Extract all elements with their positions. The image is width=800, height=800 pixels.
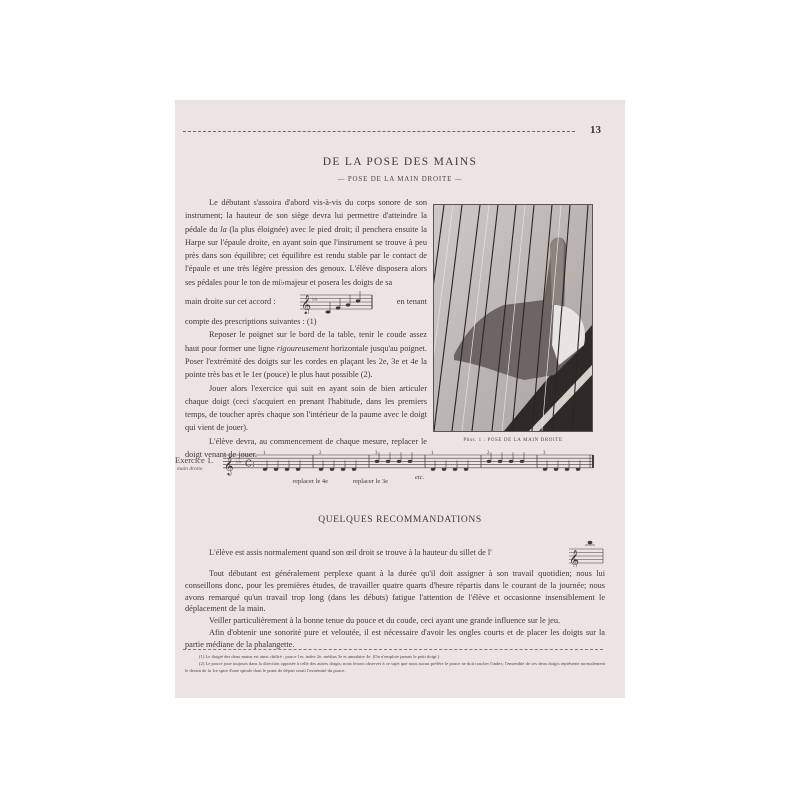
emphasis: rigoureusement [277,344,329,353]
hand-on-harp-icon [434,205,592,431]
paragraph-1-end: compte des prescriptions suivantes : (1) [185,315,427,328]
svg-text:𝄞: 𝄞 [224,456,233,476]
exercise-sublabel: main droite. [177,466,204,472]
recommandation-paragraph-2: Veiller particulièrement à la bonne tenu… [185,615,605,627]
chord-outro-text: en tenant [397,295,427,308]
music-note-staff-icon: 𝄞 [567,539,605,567]
svg-text:♭♭: ♭♭ [312,296,318,303]
paragraph-3: Jouer alors l'exercice qui suit en ayant… [185,382,427,435]
exercise-1-score: Exercice 1. main droite. 𝄞♭♭C:123123 rep… [175,450,625,502]
svg-text:𝄞: 𝄞 [569,550,579,567]
paragraph-1: Le débutant s'assoira d'abord vis-à-vis … [185,196,427,289]
footnote-dashed-rule [183,649,603,650]
page-title: DE LA POSE DES MAINS [175,156,625,168]
annotation-replacer-3: replacer le 3e [353,478,388,486]
document-page: 13 DE LA POSE DES MAINS — POSE DE LA MAI… [175,100,625,698]
header-dashed-rule [183,131,575,132]
svg-text:♭♭: ♭♭ [236,458,242,465]
annotation-replacer-4: replacer le 4e [293,478,328,486]
harp-hand-photo [433,204,593,432]
page-number: 13 [575,124,601,136]
music-staff-icon: 𝄞♭♭C:123123 [221,450,595,480]
sillet-line: L'élève est assis normalement quand son … [185,538,605,568]
text-column-left: Le débutant s'assoira d'abord vis-à-vis … [185,196,427,461]
paragraph-2: Reposer le poignet sur le bord de la tab… [185,328,427,381]
annotation-etc: etc. [415,474,424,482]
exercise-label: Exercice 1. [175,455,213,465]
chord-line: main droite sur cet accord : 𝄞 ♭♭ en ten… [185,289,427,315]
text-body-recommandations: L'élève est assis normalement quand son … [185,538,605,651]
footnote-1: (1) Le doigté des deux mains est ainsi c… [185,653,605,660]
recommandation-paragraph-1: Tout débutant est généralement perplexe … [185,568,605,615]
svg-text:C:: C: [245,460,255,470]
chord-intro-text: main droite sur cet accord : [185,295,276,308]
music-chord-staff-icon: 𝄞 ♭♭ [298,290,374,314]
sillet-text: L'élève est assis normalement quand son … [185,547,567,559]
page-subtitle: — POSE DE LA MAIN DROITE — [175,175,625,183]
section-title-recommandations: QUELQUES RECOMMANDATIONS [175,515,625,525]
footnote-2: (2) Le pouce joue toujours dans la direc… [185,660,605,674]
svg-text:𝄞: 𝄞 [301,295,311,314]
photo-caption: Phot. 1 : POSE DE LA MAIN DROITE [433,438,593,443]
recommandation-paragraph-3: Afin d'obtenir une sonorité pure et velo… [185,627,605,651]
footnotes: (1) Le doigté des deux mains est ainsi c… [185,653,605,675]
